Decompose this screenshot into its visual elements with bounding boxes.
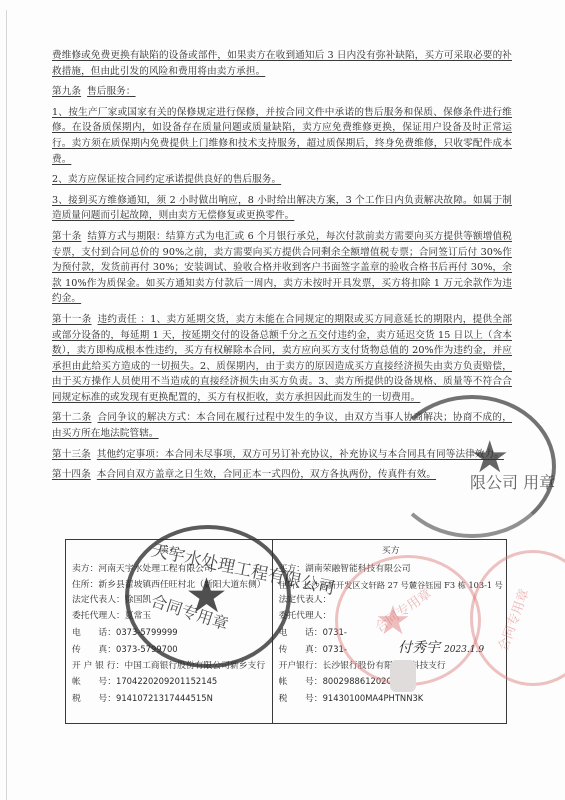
seller-title: 卖方 bbox=[72, 544, 266, 560]
seller-fax-row: 传 真：0373-5799700 bbox=[72, 642, 266, 659]
buyer-address-row: 住所：长沙高新开发区文轩路 27 号麓谷钰园 F3 栋 103-1 号 bbox=[279, 578, 503, 594]
signature-table: 卖方 卖方：河南天宇水处理工程有限公司 住所：新乡县翟坡镇西任旺村北（新阳大道东… bbox=[65, 539, 507, 724]
buyer-tax-id-row: 税 号：91430100MA4PHTNN3K bbox=[279, 691, 503, 708]
seller-legal-rep-row: 法定代表人：徐国凯 bbox=[72, 593, 266, 609]
clause-14-effective: 第十四条本合同自双方盖章之日生效，合同正本一式四份，双方各执两份，传真件有效。 bbox=[52, 467, 512, 483]
seller-tax-id-row: 税 号：91410721317444515N bbox=[72, 691, 266, 708]
contract-body: 费维修或免费更换有缺陷的设备或部件，如果卖方在收到通知后 3 日内没有弥补缺陷，… bbox=[52, 48, 512, 488]
redaction-mark bbox=[390, 660, 416, 692]
buyer-agent-row: 委托代理人： bbox=[279, 609, 503, 625]
seller-address-row: 住所：新乡县翟坡镇西任旺村北（新阳大道东侧） bbox=[72, 578, 266, 594]
seller-phone-row: 电 话：0373-5799999 bbox=[72, 625, 266, 642]
buyer-name-row: 买方：湖南荣融智能科技有限公司 bbox=[279, 562, 503, 578]
clause-9-item-1: 1、按生产厂家或国家有关的保修规定进行保修，并按合同文件中承诺的售后服务和保质、… bbox=[52, 105, 512, 167]
clause-8-continued: 费维修或免费更换有缺陷的设备或部件，如果卖方在收到通知后 3 日内没有弥补缺陷，… bbox=[52, 48, 512, 79]
scan-edge bbox=[6, 10, 7, 800]
handwritten-signature: 付秀宇2023.1.9 bbox=[398, 637, 484, 657]
clause-11-liability: 第十一条违约责任 ：1、卖方延期交货，卖方未能在合同规定的期限或买方同意延长的期… bbox=[52, 312, 512, 406]
clause-13-other: 第十三条其他约定事项：本合同未尽事项，双方可另订补充协议，补充协议与本合同具有同… bbox=[52, 447, 512, 463]
seller-bank-row: 开 户 银 行：中国工商银行股份有限公司新乡支行 bbox=[72, 659, 266, 675]
seller-agent-row: 委托代理人：夏常玉 bbox=[72, 609, 266, 625]
clause-9-heading: 第九条售后服务： bbox=[52, 84, 512, 100]
seller-column: 卖方 卖方：河南天宇水处理工程有限公司 住所：新乡县翟坡镇西任旺村北（新阳大道东… bbox=[66, 540, 273, 723]
buyer-column: 买方 买方：湖南荣融智能科技有限公司 住所：长沙高新开发区文轩路 27 号麓谷钰… bbox=[273, 540, 509, 723]
clause-9-item-3: 3、接到买方维修通知，须 2 小时做出响应，8 小时给出解决方案，3 个工作日内… bbox=[52, 193, 512, 224]
buyer-title: 买方 bbox=[279, 544, 503, 560]
clause-9-item-2: 2、卖方应保证按合同约定承诺提供良好的售后服务。 bbox=[52, 172, 512, 188]
contract-page: 费维修或免费更换有缺陷的设备或部件，如果卖方在收到通知后 3 日内没有弥补缺陷，… bbox=[0, 0, 565, 800]
buyer-legal-rep-row: 法定代表人： bbox=[279, 593, 503, 609]
seller-account-row: 帐 号：1704220209201152145 bbox=[72, 674, 266, 691]
handwritten-date: 2023.1.9 bbox=[444, 645, 484, 655]
clause-12-disputes: 第十二条合同争议的解决方式：本合同在履行过程中发生的争议，由双方当事人协商解决；… bbox=[52, 410, 512, 441]
clause-10-settlement: 第十条结算方式与期限：结算方式为电汇或 6 个月银行承兑，每次付款前卖方需要向买… bbox=[52, 229, 512, 307]
seller-name-row: 卖方：河南天宇水处理工程有限公司 bbox=[72, 562, 266, 578]
